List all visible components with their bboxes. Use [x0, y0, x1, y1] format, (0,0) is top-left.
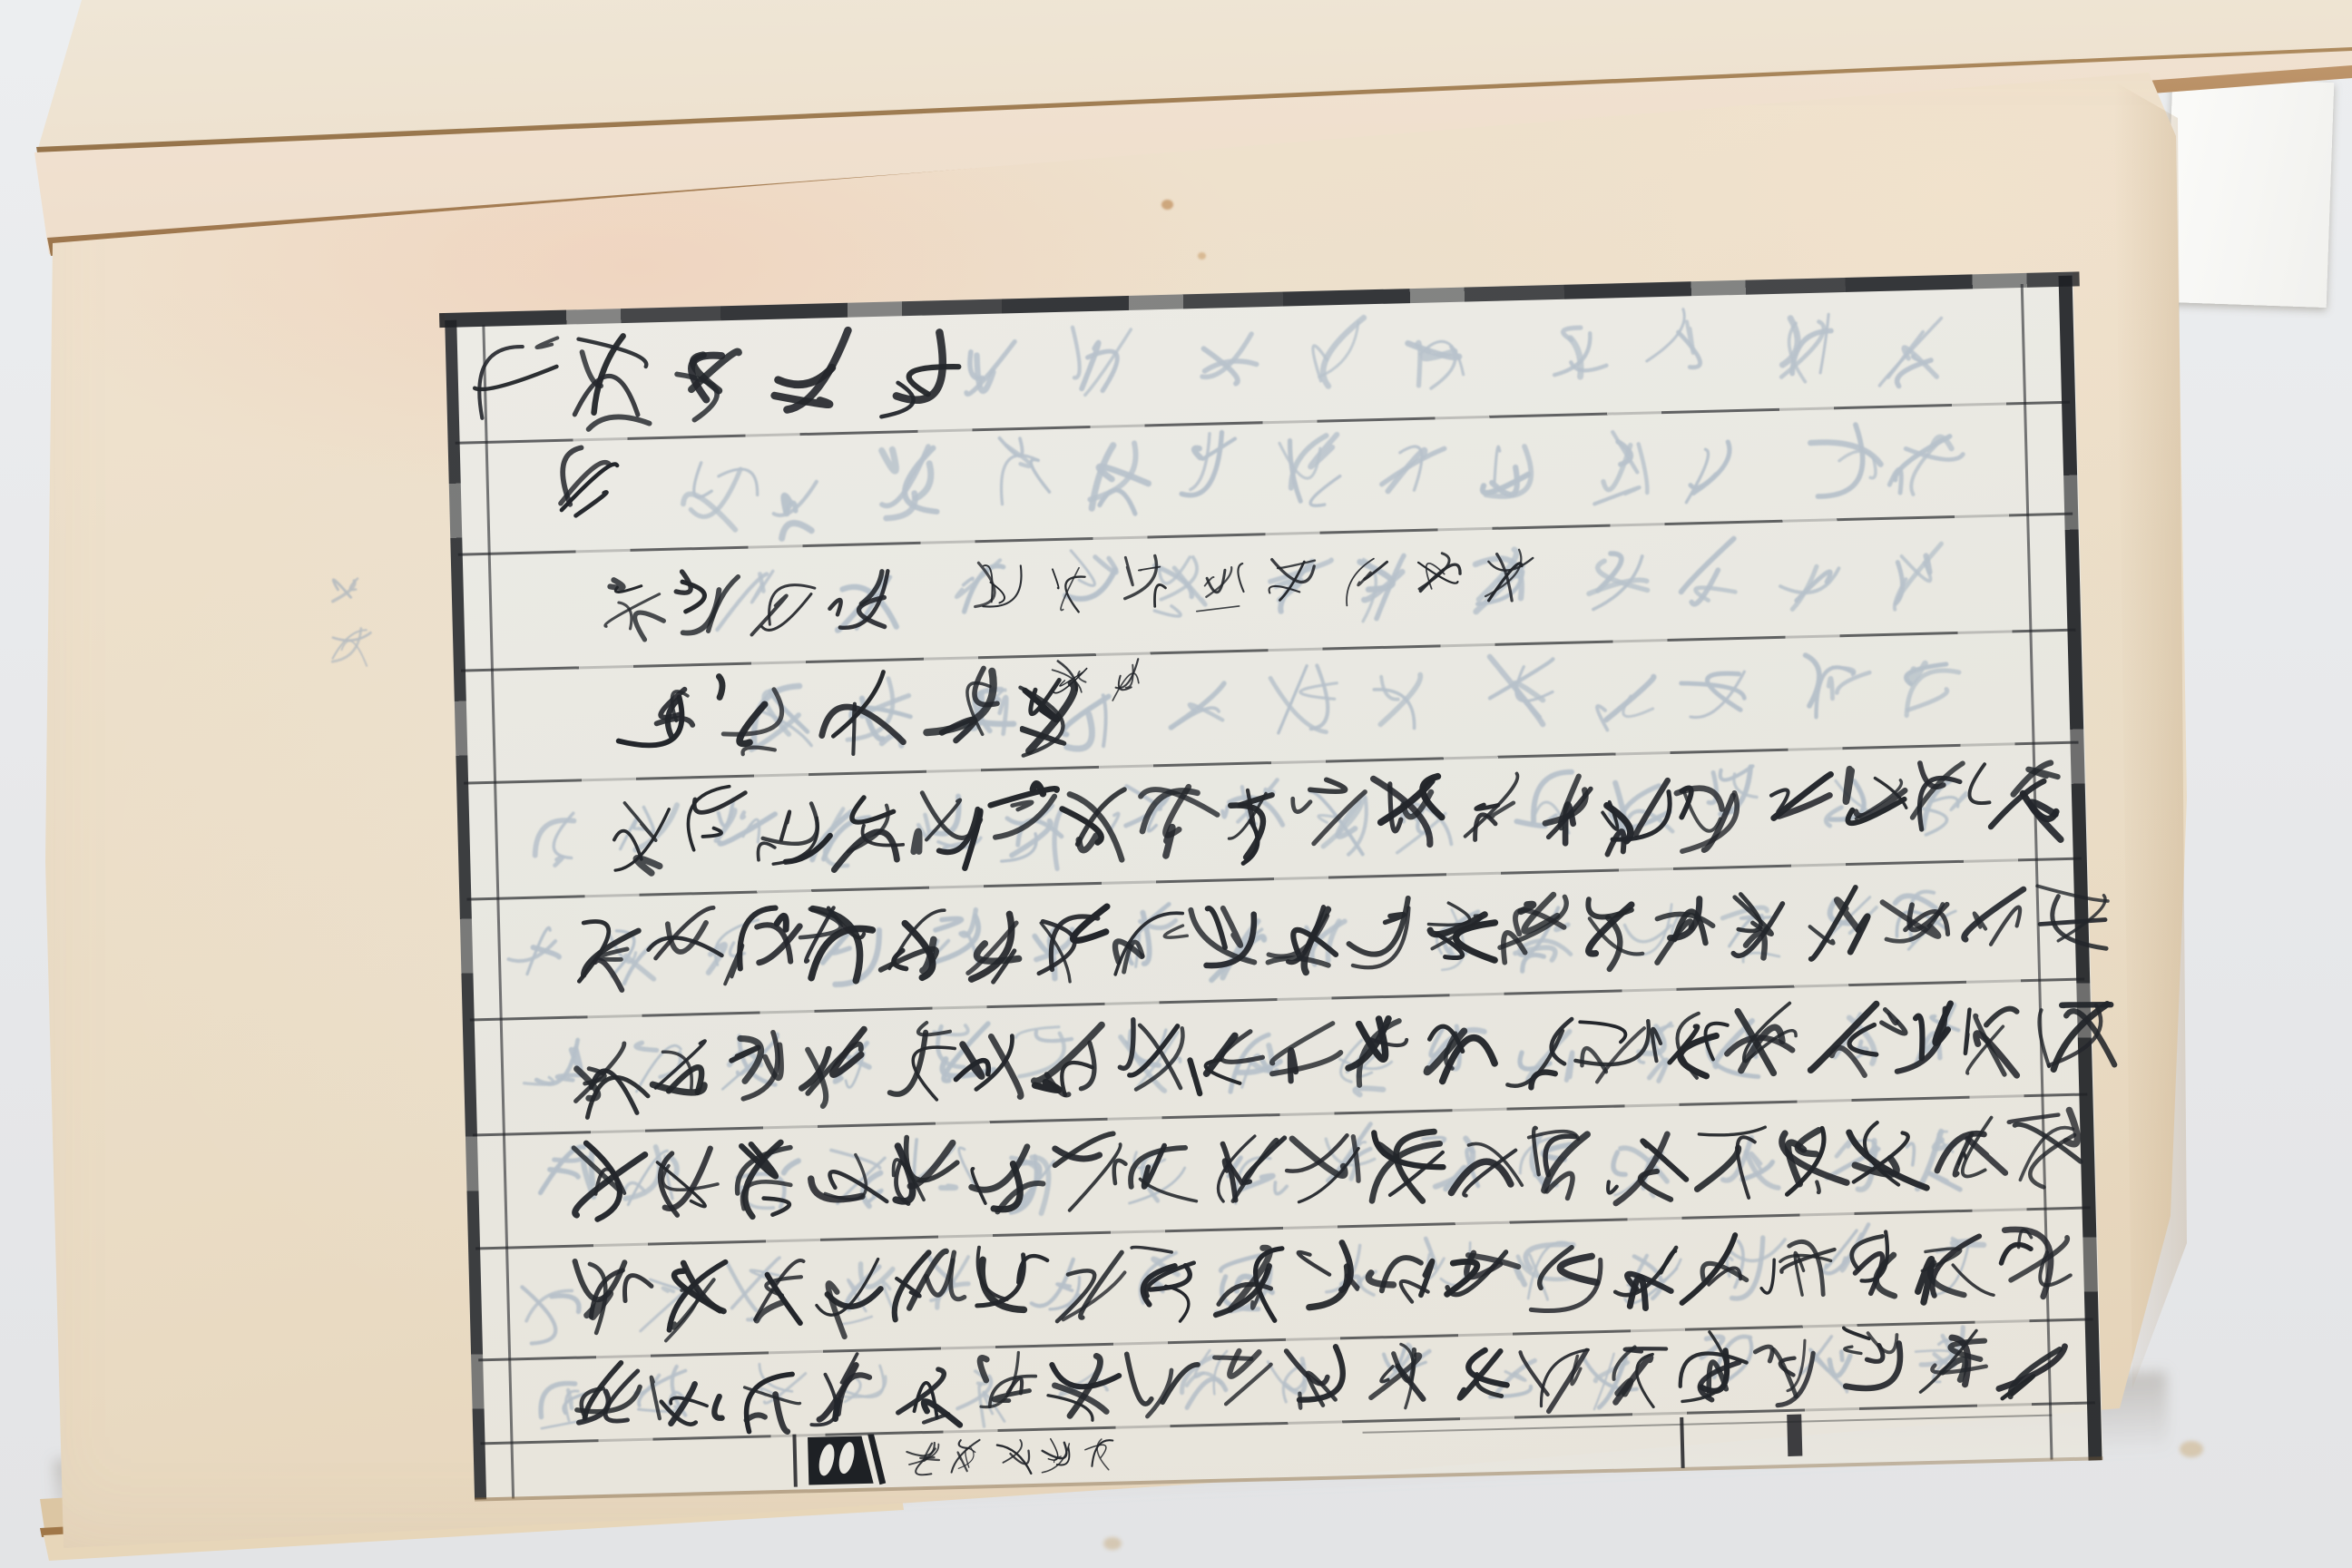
- printed-text-frame: [445, 272, 2103, 1502]
- char-大: [873, 899, 964, 990]
- char-諸: [1521, 1116, 1611, 1206]
- char-心: [884, 1240, 977, 1333]
- char-擬: [1040, 1128, 1135, 1223]
- char-二: [1262, 548, 1322, 608]
- ghost-char-蘭: [679, 454, 762, 537]
- fishtail-icon: [807, 1434, 886, 1490]
- char-孫: [1042, 1346, 1125, 1429]
- char-食: [1491, 888, 1580, 977]
- ghost-char-彩: [1886, 422, 1968, 504]
- ghost-char-山: [328, 624, 374, 670]
- char-承: [911, 661, 1007, 757]
- char-晬: [749, 788, 839, 878]
- ghost-char-怡: [1274, 426, 1363, 515]
- ghost-char-庭: [760, 456, 849, 544]
- char-尚: [1984, 759, 2071, 846]
- char-之: [1278, 1336, 1363, 1421]
- char-之: [1280, 1120, 1374, 1213]
- char-晬: [595, 570, 668, 642]
- char-七: [1117, 552, 1176, 611]
- char-馬: [1682, 1120, 1769, 1207]
- foxing-stain: [2180, 1441, 2203, 1457]
- white-paper-slip: [2165, 77, 2335, 308]
- ghost-char-筵: [1798, 418, 1887, 507]
- char-也: [1997, 1102, 2092, 1197]
- char-永: [563, 1139, 653, 1229]
- char-之: [1644, 999, 1732, 1087]
- char-被: [567, 1349, 653, 1436]
- char-詩: [540, 441, 634, 535]
- char-大: [1911, 1322, 1993, 1404]
- char-四: [1751, 756, 1841, 846]
- foxing-stain: [1103, 1537, 1122, 1550]
- ghost-char-壽: [1632, 299, 1720, 387]
- char-難: [1674, 1228, 1765, 1318]
- char-楚: [1202, 1120, 1291, 1209]
- char-方: [1828, 760, 1917, 849]
- char-月: [1189, 555, 1249, 616]
- ghost-char-傳: [1677, 432, 1762, 517]
- char-宴: [671, 566, 746, 642]
- char-鄕: [2027, 876, 2122, 971]
- char-健: [1289, 772, 1377, 861]
- char-難: [1518, 1232, 1606, 1320]
- char-志: [1831, 1319, 1915, 1403]
- char-而: [1905, 753, 1995, 844]
- char-後: [945, 1436, 988, 1480]
- centerfold-rule: [792, 1435, 797, 1487]
- ghost-char-觴: [1797, 648, 1878, 730]
- char-未: [1044, 1247, 1133, 1337]
- char-劉: [1594, 1334, 1678, 1417]
- char-維: [1211, 780, 1300, 869]
- ghost-char-滿: [1674, 646, 1752, 724]
- char-謹: [724, 1137, 812, 1225]
- ghost-char-開: [1668, 535, 1749, 616]
- char-遊: [1035, 1435, 1078, 1477]
- ghost-char-絕: [1581, 426, 1666, 511]
- ghost-char-深: [1190, 320, 1270, 401]
- page-number-mark: [1787, 1415, 1802, 1456]
- ghost-char-壽: [1367, 668, 1449, 750]
- char-撞: [801, 1134, 895, 1228]
- char-陵: [1200, 1341, 1282, 1423]
- char-老: [1437, 1230, 1529, 1321]
- char-能: [805, 1348, 888, 1432]
- char-柳: [806, 666, 910, 770]
- char-也: [2027, 986, 2122, 1081]
- ghost-char-隣: [1373, 426, 1459, 513]
- char-于: [1671, 1326, 1758, 1412]
- char-懸: [1519, 762, 1610, 853]
- ghost-char-深: [1582, 661, 1663, 743]
- char-巳: [1044, 560, 1105, 622]
- char-弟: [1754, 1220, 1843, 1308]
- char-兄: [1597, 1231, 1685, 1319]
- ghost-char-不: [1163, 663, 1243, 743]
- char-能: [964, 1346, 1044, 1426]
- ghost-char-禮: [1261, 657, 1347, 742]
- ghost-char-滿: [1301, 313, 1386, 397]
- ghost-char-弟: [1867, 308, 1951, 392]
- char-美: [1832, 1220, 1923, 1310]
- char-十: [1334, 552, 1395, 612]
- char-何: [571, 1255, 659, 1343]
- char-日: [1362, 1124, 1452, 1214]
- char-其: [1759, 1112, 1852, 1205]
- ghost-char-樽: [1765, 305, 1853, 393]
- char-困: [1798, 993, 1887, 1082]
- char-不: [1359, 1233, 1448, 1322]
- char-於: [951, 902, 1039, 990]
- char-蕙: [1435, 1337, 1522, 1424]
- char-韻: [821, 561, 899, 639]
- char-服: [1122, 1347, 1202, 1427]
- ghost-char-雲: [1767, 540, 1847, 621]
- char-交: [989, 1435, 1034, 1479]
- char-子: [884, 1349, 968, 1434]
- char-善: [564, 1034, 653, 1123]
- char-丁: [973, 555, 1031, 613]
- char-我: [728, 1248, 818, 1338]
- ghost-char-南: [1889, 652, 1970, 732]
- char-眞: [1048, 657, 1094, 703]
- char-癸: [1105, 654, 1154, 703]
- ghost-char-書: [1473, 431, 1557, 515]
- ghost-char-處: [1067, 322, 1149, 404]
- char-蒼: [1750, 1328, 1837, 1415]
- char-交: [662, 318, 771, 426]
- char-錄: [1082, 1434, 1124, 1476]
- char-升: [1442, 1125, 1531, 1214]
- char-馬: [1988, 1324, 2073, 1408]
- char-錄: [864, 325, 969, 430]
- char-庚: [828, 789, 915, 877]
- char-肱: [1911, 1220, 2001, 1309]
- ghost-char-山: [987, 433, 1070, 515]
- char-兄: [1875, 877, 1967, 969]
- ghost-char-北: [1071, 436, 1161, 525]
- char-次: [748, 573, 820, 645]
- char-官: [706, 667, 808, 769]
- book-photograph: [0, 0, 2352, 1568]
- char-飮: [1413, 890, 1503, 980]
- ghost-char-隣: [517, 797, 593, 872]
- char-栢: [899, 1437, 943, 1481]
- char-判: [606, 671, 704, 769]
- ghost-char-處: [1479, 650, 1560, 730]
- char-三: [1407, 544, 1466, 603]
- char-天: [1920, 1107, 2010, 1197]
- char-在: [1838, 1105, 1932, 1199]
- char-遊: [761, 321, 872, 432]
- char-而: [1135, 774, 1222, 861]
- page-fold-line: [475, 1456, 2103, 1501]
- char-禮: [1181, 895, 1271, 985]
- char-懷: [644, 1138, 732, 1226]
- char-存: [566, 911, 653, 998]
- char-膝: [1357, 1335, 1442, 1420]
- char-慶: [642, 903, 731, 993]
- char-朝: [1122, 1132, 1211, 1221]
- char-日: [1479, 546, 1540, 607]
- ghost-char-玉: [1880, 538, 1957, 615]
- foxing-stain: [1198, 252, 1206, 260]
- char-馬: [807, 1253, 897, 1343]
- char-栢: [463, 329, 572, 438]
- char-司: [1601, 1120, 1692, 1211]
- char-庶: [727, 1357, 810, 1441]
- char-之: [1990, 1217, 2082, 1308]
- foxing-stain: [1161, 200, 1173, 210]
- ghost-char-獻: [869, 440, 953, 524]
- ghost-char-觴: [1401, 317, 1489, 405]
- char-後: [564, 330, 671, 436]
- char-常: [1569, 890, 1656, 977]
- char-乎: [964, 1242, 1055, 1334]
- char-是: [647, 1357, 730, 1440]
- ghost-char-南: [1525, 310, 1612, 397]
- ghost-char-前: [1171, 426, 1255, 509]
- ghost-char-雲: [323, 563, 377, 617]
- char-司: [1515, 1337, 1600, 1421]
- ghost-char-家: [1578, 545, 1661, 628]
